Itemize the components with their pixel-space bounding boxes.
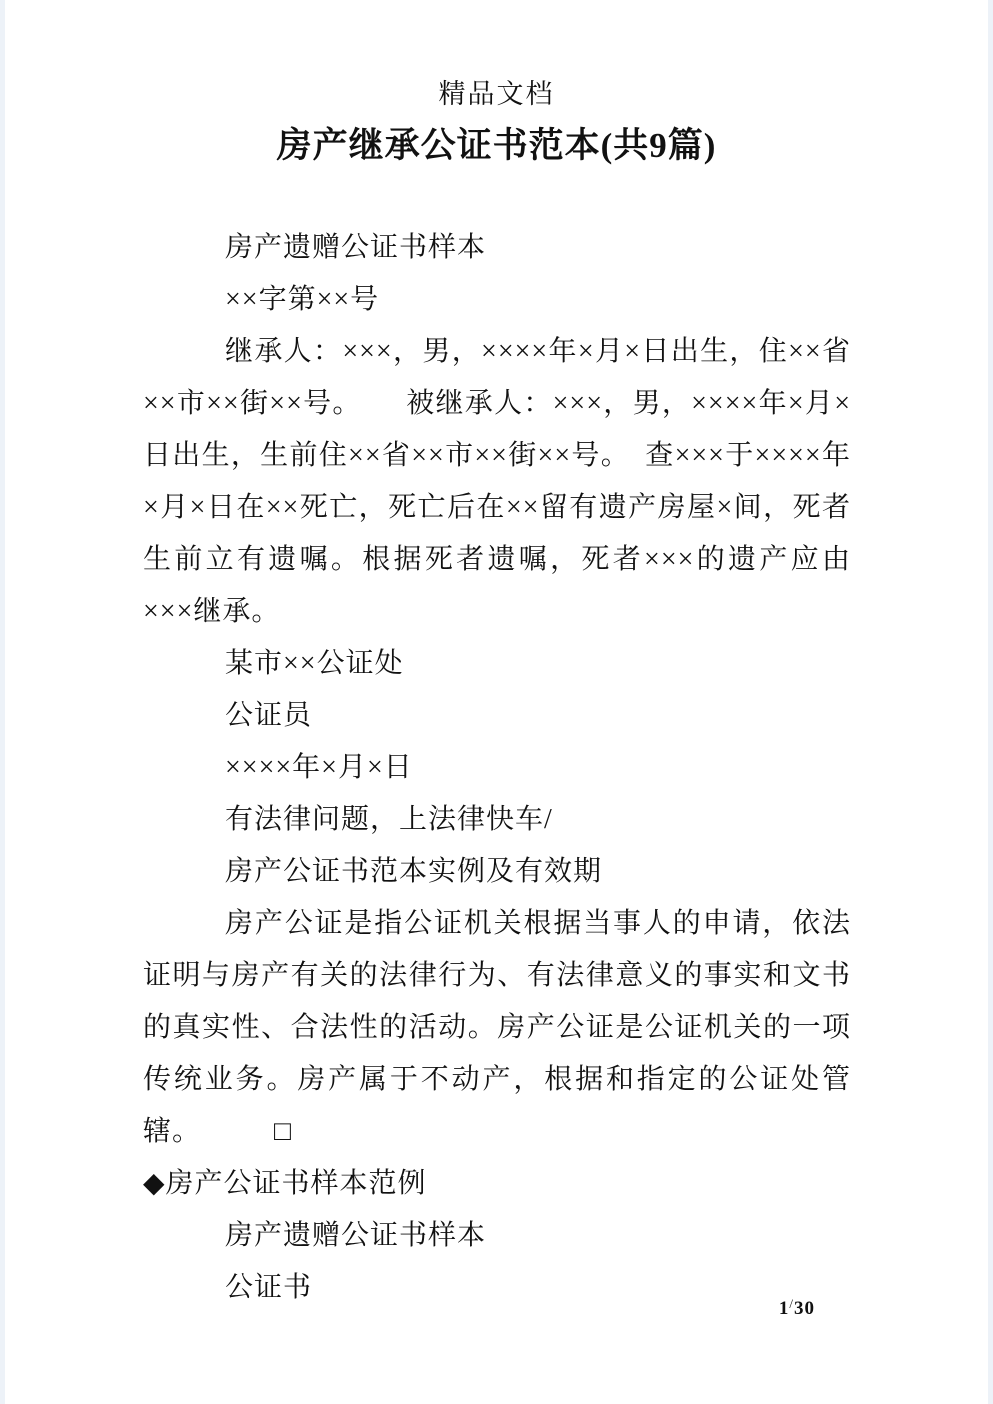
paragraph: ××字第××号	[143, 274, 851, 326]
page-right-edge	[988, 0, 993, 1404]
document-body: 房产遗赠公证书样本××字第××号继承人：×××，男，××××年×月×日出生，住×…	[143, 222, 851, 1314]
paragraph: 公证书	[143, 1262, 851, 1314]
page-number-current: 1	[779, 1298, 790, 1319]
document-title: 房产继承公证书范本(共9篇)	[0, 118, 993, 168]
paragraph: 房产公证是指公证机关根据当事人的申请，依法证明与房产有关的法律行为、有法律意义的…	[143, 898, 851, 1158]
paragraph: 房产遗赠公证书样本	[143, 1210, 851, 1262]
document-page: 精品文档 房产继承公证书范本(共9篇) 房产遗赠公证书样本××字第××号继承人：…	[0, 0, 993, 1404]
page-number-total: 30	[794, 1298, 815, 1319]
paragraph: ◆房产公证书样本范例	[143, 1158, 851, 1210]
paragraph: ××××年×月×日	[143, 742, 851, 794]
page-left-edge	[0, 0, 5, 1404]
paragraph: 某市××公证处	[143, 638, 851, 690]
paragraph: 继承人：×××，男，××××年×月×日出生，住××省××市××街××号。 被继承…	[143, 326, 851, 638]
paragraph: 房产遗赠公证书样本	[143, 222, 851, 274]
paragraph: 有法律问题，上法律快车/	[143, 794, 851, 846]
document-header: 精品文档	[0, 72, 993, 111]
paragraph: 公证员	[143, 690, 851, 742]
paragraph: 房产公证书范本实例及有效期	[143, 846, 851, 898]
page-number: 1/30	[779, 1296, 815, 1320]
